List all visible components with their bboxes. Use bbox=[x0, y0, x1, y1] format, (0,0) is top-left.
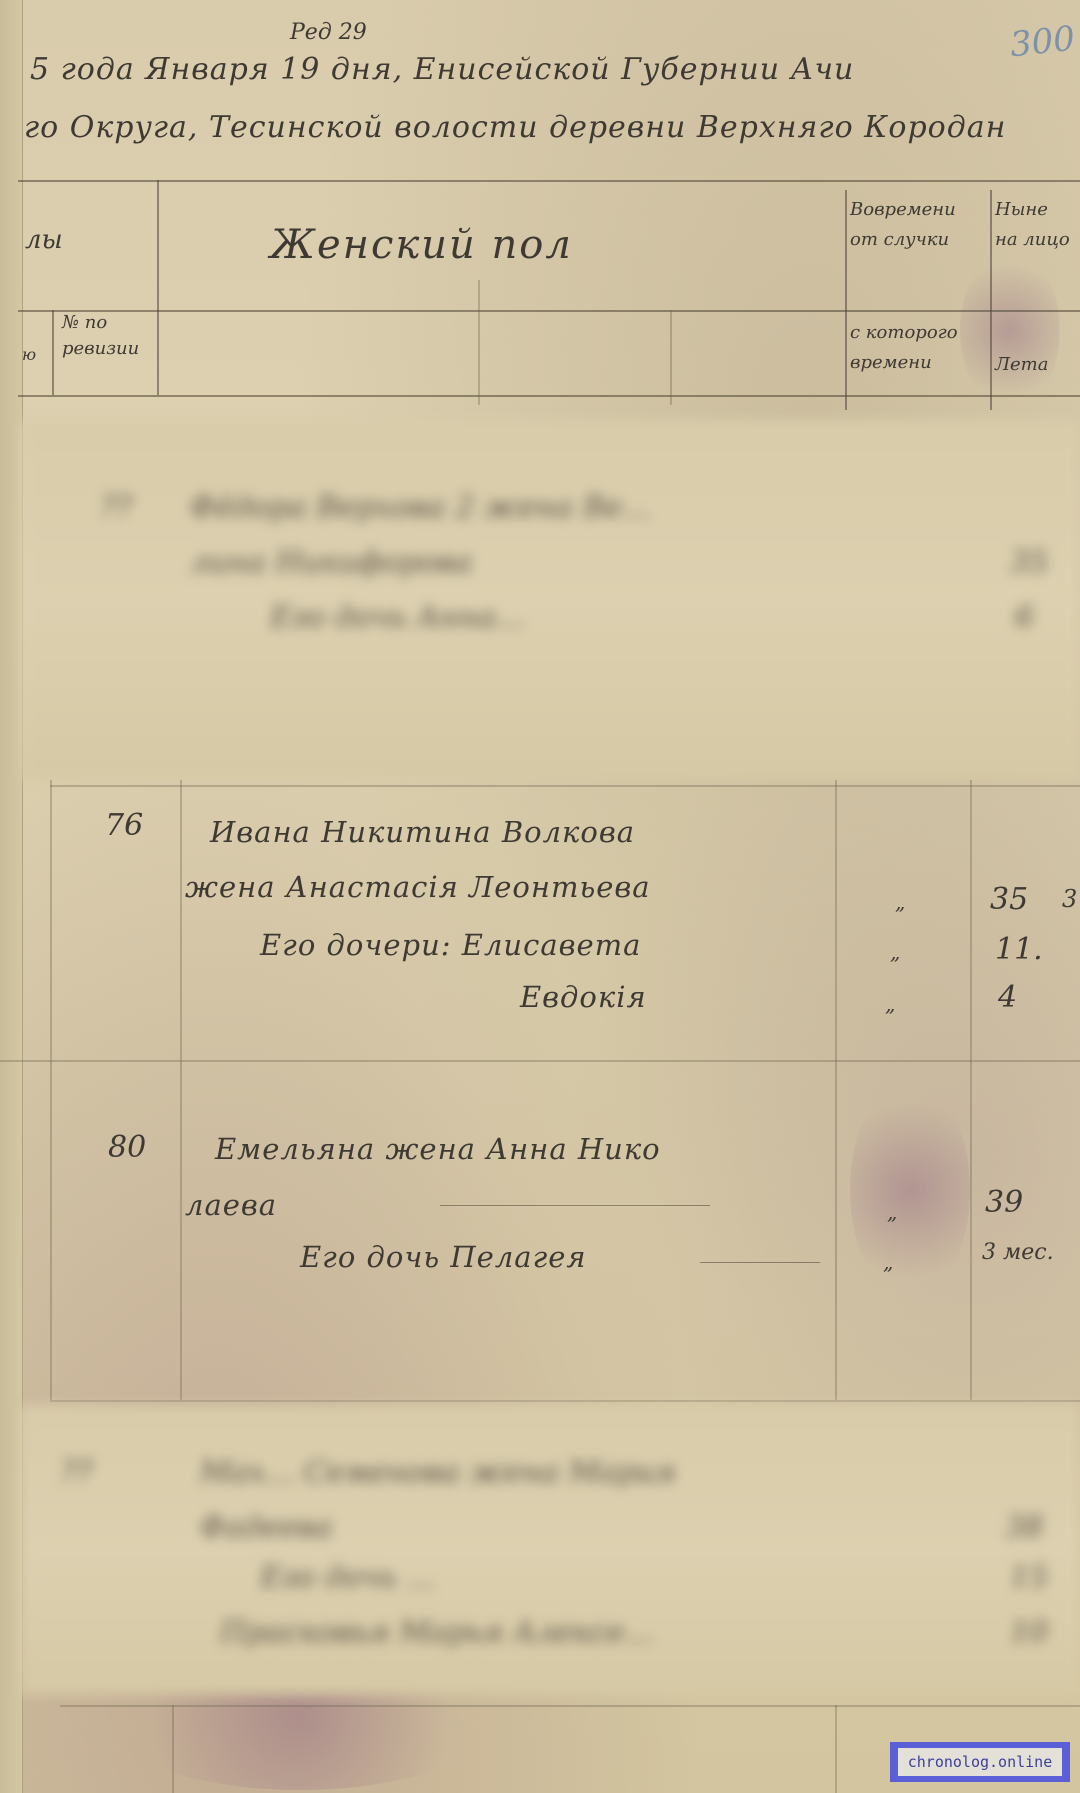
entry-line: лаева bbox=[185, 1188, 277, 1222]
ditto-mark: „ bbox=[887, 1200, 897, 1224]
header-since-revision: Вовремени от случки bbox=[850, 195, 985, 255]
watermark-text: chronolog.online bbox=[898, 1748, 1062, 1776]
entry-line: Ивана Никитина Волкова bbox=[210, 815, 635, 849]
ditto-mark: „ bbox=[885, 992, 895, 1016]
age-value: 39 bbox=[985, 1185, 1023, 1220]
header-left-prefix: ю bbox=[22, 340, 36, 370]
age-value: 3 мес. bbox=[982, 1240, 1054, 1265]
table-rule bbox=[52, 310, 54, 395]
age-value: 4 bbox=[998, 980, 1017, 1015]
ditto-mark: „ bbox=[890, 940, 900, 964]
table-rule bbox=[18, 395, 1080, 397]
dash-leader bbox=[440, 1205, 710, 1206]
heading-superscript: Ред 29 bbox=[290, 20, 367, 45]
column-rule bbox=[172, 1705, 174, 1793]
document-scan: 300 Ред 29 5 года Января 19 дня, Енисейс… bbox=[0, 0, 1080, 1793]
table-rule bbox=[157, 180, 159, 395]
age-value: 35 bbox=[990, 882, 1028, 917]
entry-line: Его дочь Пелагея bbox=[300, 1240, 587, 1274]
table-rule bbox=[990, 190, 992, 410]
entry-line: Евдокія bbox=[520, 980, 647, 1014]
table-rule bbox=[18, 310, 1080, 312]
column-rule bbox=[50, 780, 52, 1400]
edge-mark: 3 bbox=[1062, 885, 1077, 913]
row-rule bbox=[50, 785, 1080, 787]
table-rule bbox=[478, 280, 480, 405]
entry-number: 80 bbox=[108, 1130, 146, 1165]
heading-line-1: 5 года Января 19 дня, Енисейской Губерни… bbox=[30, 52, 854, 87]
ink-stain bbox=[850, 1080, 970, 1300]
entry-line: Его дочери: Елисавета bbox=[260, 928, 641, 962]
header-since-time: с которого времени bbox=[850, 318, 985, 378]
header-years: Лета bbox=[995, 350, 1075, 380]
entry-number: 76 bbox=[105, 808, 143, 843]
table-rule bbox=[845, 190, 847, 410]
table-rule bbox=[18, 180, 1080, 182]
ditto-mark: „ bbox=[895, 890, 905, 914]
redacted-entry: ?? Фёдора Верхова 2 жена Ве... лина Ники… bbox=[20, 420, 1080, 780]
age-value: 11. bbox=[995, 932, 1043, 967]
column-rule bbox=[835, 1705, 837, 1793]
header-revision-number: № по ревизии bbox=[62, 310, 152, 362]
header-female-section: Женский пол bbox=[270, 222, 573, 268]
row-rule bbox=[60, 1705, 1080, 1707]
dash-leader bbox=[700, 1262, 820, 1263]
watermark-badge: chronolog.online bbox=[890, 1742, 1070, 1782]
table-rule bbox=[670, 310, 672, 405]
entry-line: Емельяна жена Анна Нико bbox=[215, 1132, 661, 1166]
folio-number: 300 bbox=[1008, 19, 1077, 66]
header-left-column: лы bbox=[25, 225, 63, 255]
heading-line-2: го Округа, Тесинской волости деревни Вер… bbox=[24, 110, 1006, 145]
redacted-entry: ?? Мах... Семенова жена Мария Фадеева Ег… bbox=[20, 1405, 1080, 1695]
entry-line: жена Анастасія Леонтьева bbox=[185, 870, 651, 904]
header-present: Ныне на лицо bbox=[995, 195, 1075, 255]
ditto-mark: „ bbox=[883, 1250, 893, 1274]
column-rule bbox=[970, 780, 972, 1400]
row-rule bbox=[0, 1060, 1080, 1062]
row-rule bbox=[50, 1400, 1080, 1402]
column-rule bbox=[180, 780, 182, 1400]
column-rule bbox=[835, 780, 837, 1400]
